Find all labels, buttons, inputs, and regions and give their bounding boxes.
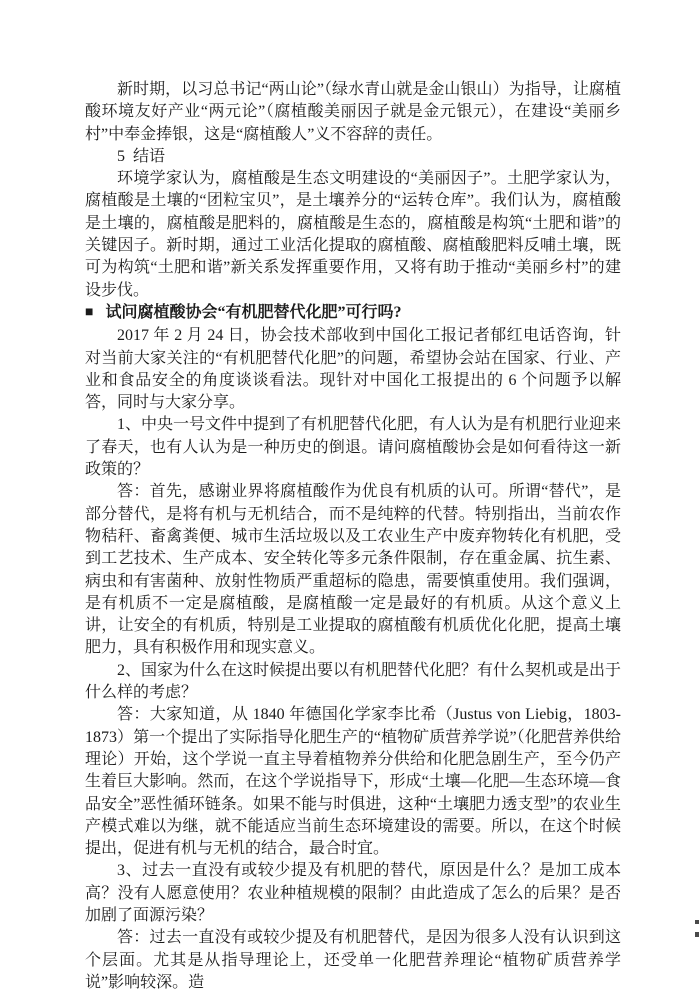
question-1: 1、中央一号文件中提到了有机肥替代化肥，有人认为是有机肥行业迎来了春天，也有人认…: [85, 414, 621, 481]
document-text-block: 新时期，以习总书记“两山论”（绿水青山就是金山银山）为指导，让腐植酸环境友好产业…: [85, 79, 621, 990]
answer-1: 答：首先，感谢业界将腐植酸作为优良有机质的认可。所谓“替代”，是部分替代，是将有…: [85, 481, 621, 659]
black-square-bullet-icon: ■: [85, 302, 93, 324]
paragraph-two-mountains: 新时期，以习总书记“两山论”（绿水青山就是金山银山）为指导，让腐植酸环境友好产业…: [85, 79, 621, 146]
page-edge-artifact: [695, 920, 699, 924]
page-edge-artifact: [695, 932, 699, 937]
question-3: 3、过去一直没有或较少提及有机肥的替代，原因是什么？是加工成本高？没有人愿意使用…: [85, 860, 621, 927]
section-heading-organic-fertilizer: ■试问腐植酸协会“有机肥替代化肥”可行吗?: [85, 302, 621, 325]
paragraph-conclusion-body: 环境学家认为，腐植酸是生态文明建设的“美丽因子”。土肥学家认为，腐植酸是土壤的“…: [85, 168, 621, 302]
answer-2: 答：大家知道，从 1840 年德国化学家李比希（Justus von Liebi…: [85, 704, 621, 860]
subheading-conclusion: 5 结语: [85, 146, 621, 168]
document-page: 新时期，以习总书记“两山论”（绿水青山就是金山银山）为指导，让腐植酸环境友好产业…: [0, 0, 700, 990]
paragraph-interview-intro: 2017 年 2 月 24 日，协会技术部收到中国化工报记者郁红电话咨询，针对当…: [85, 325, 621, 414]
answer-3: 答：过去一直没有或较少提及有机肥替代，是因为很多人没有认识到这个层面。尤其是从指…: [85, 927, 621, 990]
section-heading-text: 试问腐植酸协会“有机肥替代化肥”可行吗?: [105, 304, 401, 321]
question-2: 2、国家为什么在这时候提出要以有机肥替代化肥？有什么契机或是出于什么样的考虑？: [85, 660, 621, 705]
